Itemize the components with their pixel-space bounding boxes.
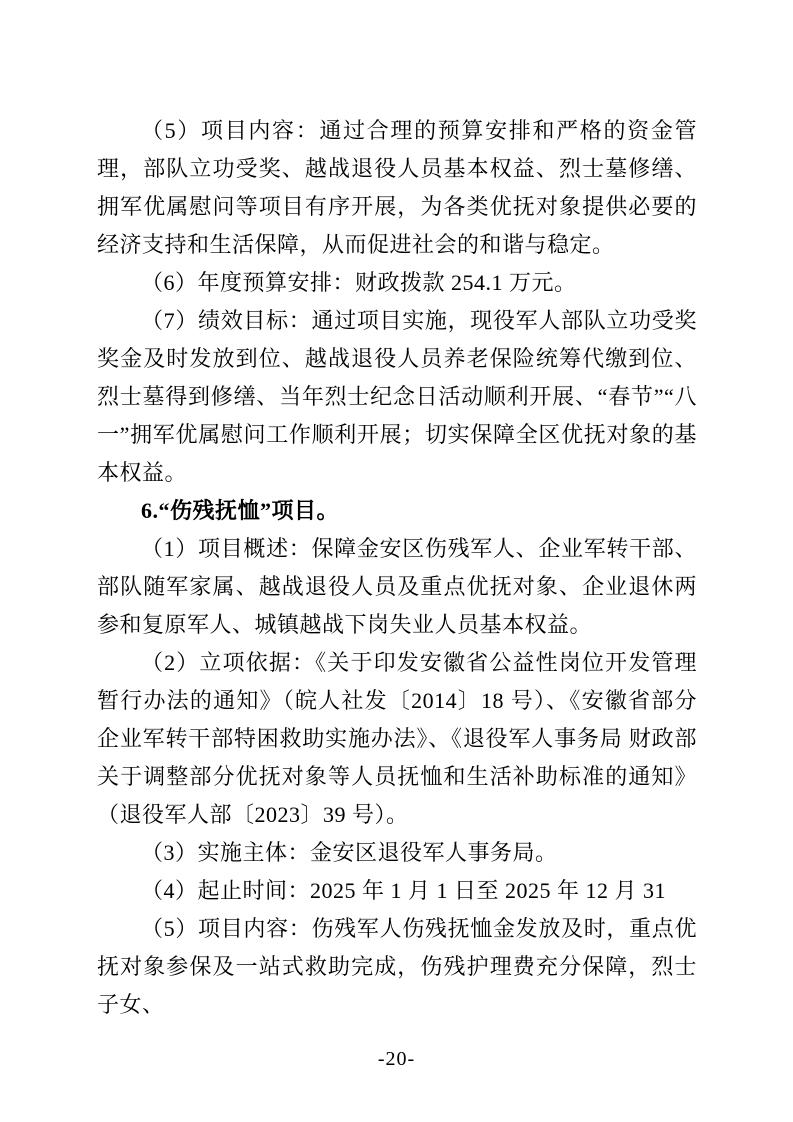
page-number: -20- <box>0 1048 793 1071</box>
document-body: （5）项目内容：通过合理的预算安排和严格的资金管理，部队立功受奖、越战退役人员基… <box>97 112 697 1024</box>
paragraph-annual-budget-6: （6）年度预算安排：财政拨款 254.1 万元。 <box>97 264 697 302</box>
paragraph-performance-goal-7: （7）绩效目标：通过项目实施，现役军人部队立功受奖奖金及时发放到位、越战退役人员… <box>97 302 697 492</box>
paragraph-project-content-5b: （5）项目内容：伤残军人伤残抚恤金发放及时，重点优抚对象参保及一站式救助完成，伤… <box>97 910 697 1024</box>
section-heading-disability-pension: 6.“伤残抚恤”项目。 <box>97 492 697 530</box>
paragraph-project-basis-2: （2）立项依据：《关于印发安徽省公益性岗位开发管理暂行办法的通知》（皖人社发〔2… <box>97 644 697 834</box>
document-page: （5）项目内容：通过合理的预算安排和严格的资金管理，部队立功受奖、越战退役人员基… <box>0 0 793 1122</box>
paragraph-project-overview-1: （1）项目概述：保障金安区伤残军人、企业军转干部、部队随军家属、越战退役人员及重… <box>97 530 697 644</box>
paragraph-implementing-body-3: （3）实施主体：金安区退役军人事务局。 <box>97 834 697 872</box>
paragraph-project-content-5: （5）项目内容：通过合理的预算安排和严格的资金管理，部队立功受奖、越战退役人员基… <box>97 112 697 264</box>
paragraph-time-range-4: （4）起止时间：2025 年 1 月 1 日至 2025 年 12 月 31 <box>97 872 697 910</box>
